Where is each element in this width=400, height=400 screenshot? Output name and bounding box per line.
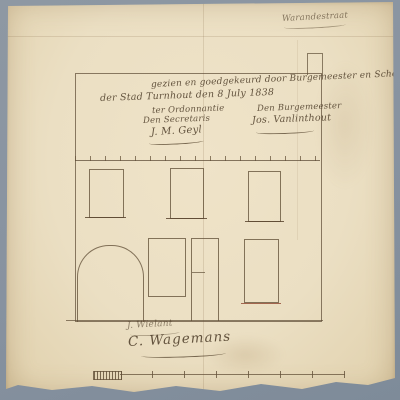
ground-window-right-sill <box>241 303 281 304</box>
cornice-line <box>75 156 320 161</box>
scale-bar-hatch <box>93 371 122 380</box>
upper-window-1 <box>89 169 124 218</box>
arched-doorway <box>77 245 144 322</box>
upper-window-3-sill <box>245 221 284 222</box>
ground-window-left <box>148 238 186 297</box>
scale-bar-ticks <box>152 371 346 378</box>
front-door-rail <box>192 272 205 273</box>
paper-sheet: Warandestraat gezien en goedgekeurd door… <box>6 2 395 394</box>
ground-line <box>66 320 323 321</box>
upper-window-3 <box>248 171 281 222</box>
ground-window-right <box>244 239 279 303</box>
front-door <box>191 238 219 321</box>
paper-crease-horizontal <box>6 36 395 37</box>
upper-window-1-sill <box>85 217 126 218</box>
document-scan: { "colors":{ "background":"#8792a0", "pa… <box>0 0 400 400</box>
paper-content: Warandestraat gezien en goedgekeurd door… <box>0 0 400 400</box>
upper-window-2 <box>170 168 204 219</box>
upper-window-2-sill <box>166 218 207 219</box>
